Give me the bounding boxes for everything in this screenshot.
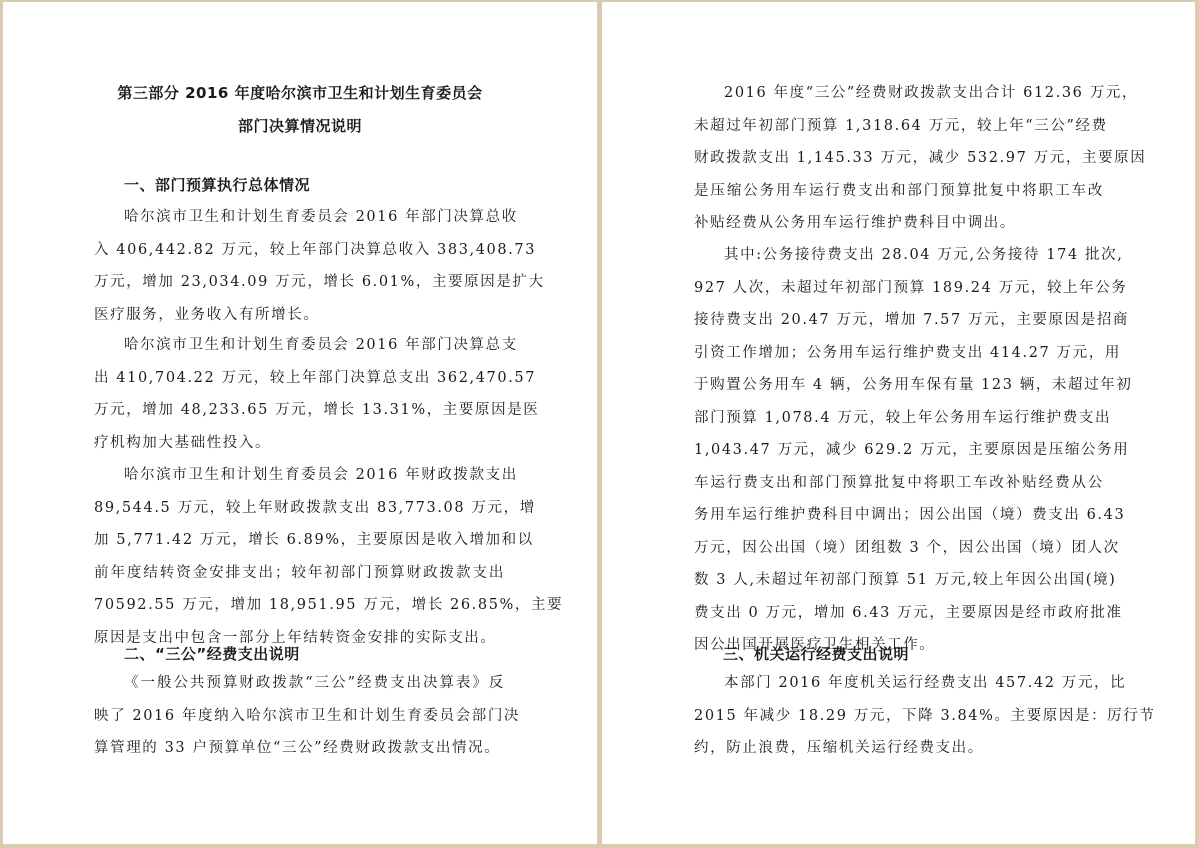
text-line: 1,043.47 万元，减少 629.2 万元，主要原因是压缩公务用 [694, 434, 1104, 467]
text-line: 出 410,704.22 万元，较上年部门决算总支出 362,470.57 [94, 362, 505, 395]
document-page-right: 2016 年度“三公”经费财政拨款支出合计 612.36 万元， 未超过年初部门… [602, 2, 1195, 844]
text-line: 其中:公务接待费支出 28.04 万元,公务接待 174 批次, [694, 239, 1104, 272]
section-heading-budget-execution: 一、部门预算执行总体情况 [124, 174, 310, 195]
text-line: 哈尔滨市卫生和计划生育委员会 2016 年部门决算总支 [94, 329, 505, 362]
text-line: 加 5,771.42 万元，增长 6.89%，主要原因是收入增加和以 [94, 524, 505, 557]
text-line: 约，防止浪费，压缩机关运行经费支出。 [694, 732, 1104, 765]
text-line: 车运行费支出和部门预算批复中将职工车改补贴经费从公 [694, 467, 1104, 500]
text-line: 映了 2016 年度纳入哈尔滨市卫生和计划生育委员会部门决 [94, 700, 505, 733]
paragraph-three-public-intro: 《一般公共预算财政拨款“三公”经费支出决算表》反 映了 2016 年度纳入哈尔滨… [94, 667, 505, 765]
paragraph-total-income: 哈尔滨市卫生和计划生育委员会 2016 年部门决算总收 入 406,442.82… [94, 201, 505, 331]
text-line: 哈尔滨市卫生和计划生育委员会 2016 年部门决算总收 [94, 201, 505, 234]
text-line: 财政拨款支出 1,145.33 万元，减少 532.97 万元，主要原因 [694, 142, 1104, 175]
text-line: 于购置公务用车 4 辆，公务用车保有量 123 辆，未超过年初 [694, 369, 1104, 402]
text-line: 本部门 2016 年度机关运行经费支出 457.42 万元，比 [694, 667, 1104, 700]
text-line: 务用车运行维护费科目中调出；因公出国（境）费支出 6.43 [694, 499, 1104, 532]
text-line: 入 406,442.82 万元，较上年部门决算总收入 383,408.73 [94, 234, 505, 267]
text-line: 接待费支出 20.47 万元，增加 7.57 万元，主要原因是招商 [694, 304, 1104, 337]
document-page-left: 第三部分 2016 年度哈尔滨市卫生和计划生育委员会 部门决算情况说明 一、部门… [3, 2, 597, 844]
text-line: 未超过年初部门预算 1,318.64 万元，较上年“三公”经费 [694, 110, 1104, 143]
text-line: 2015 年减少 18.29 万元，下降 3.84%。主要原因是：厉行节 [694, 700, 1104, 733]
paragraph-operating-expenses: 本部门 2016 年度机关运行经费支出 457.42 万元，比 2015 年减少… [694, 667, 1104, 765]
text-line: 万元，增加 23,034.09 万元，增长 6.01%，主要原因是扩大 [94, 266, 505, 299]
text-line: 补贴经费从公务用车运行维护费科目中调出。 [694, 207, 1104, 240]
text-line: 是压缩公务用车运行费支出和部门预算批复中将职工车改 [694, 175, 1104, 208]
text-line: 《一般公共预算财政拨款“三公”经费支出决算表》反 [94, 667, 505, 700]
text-line: 疗机构加大基础性投入。 [94, 427, 505, 460]
text-line: 数 3 人,未超过年初部门预算 51 万元,较上年因公出国(境) [694, 564, 1104, 597]
paragraph-three-public-details: 其中:公务接待费支出 28.04 万元,公务接待 174 批次, 927 人次，… [694, 239, 1104, 662]
section-heading-operating-expenses: 三、机关运行经费支出说明 [723, 643, 909, 664]
document-title-line1: 第三部分 2016 年度哈尔滨市卫生和计划生育委员会 [3, 82, 597, 103]
text-line: 部门预算 1,078.4 万元，较上年公务用车运行维护费支出 [694, 402, 1104, 435]
text-line: 万元，因公出国（境）团组数 3 个，因公出国（境）团人次 [694, 532, 1104, 565]
text-line: 前年度结转资金安排支出；较年初部门预算财政拨款支出 [94, 557, 505, 590]
text-line: 算管理的 33 户预算单位“三公”经费财政拨款支出情况。 [94, 732, 505, 765]
document-title-line2: 部门决算情况说明 [3, 115, 597, 136]
paragraph-total-expenditure: 哈尔滨市卫生和计划生育委员会 2016 年部门决算总支 出 410,704.22… [94, 329, 505, 459]
text-line: 927 人次，未超过年初部门预算 189.24 万元，较上年公务 [694, 272, 1104, 305]
text-line: 2016 年度“三公”经费财政拨款支出合计 612.36 万元， [694, 77, 1104, 110]
text-line: 医疗服务，业务收入有所增长。 [94, 299, 505, 332]
paragraph-fiscal-appropriation: 哈尔滨市卫生和计划生育委员会 2016 年财政拨款支出 89,544.5 万元，… [94, 459, 505, 654]
text-line: 哈尔滨市卫生和计划生育委员会 2016 年财政拨款支出 [94, 459, 505, 492]
paragraph-three-public-total: 2016 年度“三公”经费财政拨款支出合计 612.36 万元， 未超过年初部门… [694, 77, 1104, 240]
text-line: 70592.55 万元，增加 18,951.95 万元，增长 26.85%，主要 [94, 589, 505, 622]
text-line: 费支出 0 万元，增加 6.43 万元，主要原因是经市政府批准 [694, 597, 1104, 630]
section-heading-three-public: 二、“三公”经费支出说明 [124, 643, 300, 664]
text-line: 万元，增加 48,233.65 万元，增长 13.31%，主要原因是医 [94, 394, 505, 427]
text-line: 89,544.5 万元，较上年财政拨款支出 83,773.08 万元，增 [94, 492, 505, 525]
text-line: 引资工作增加；公务用车运行维护费支出 414.27 万元，用 [694, 337, 1104, 370]
